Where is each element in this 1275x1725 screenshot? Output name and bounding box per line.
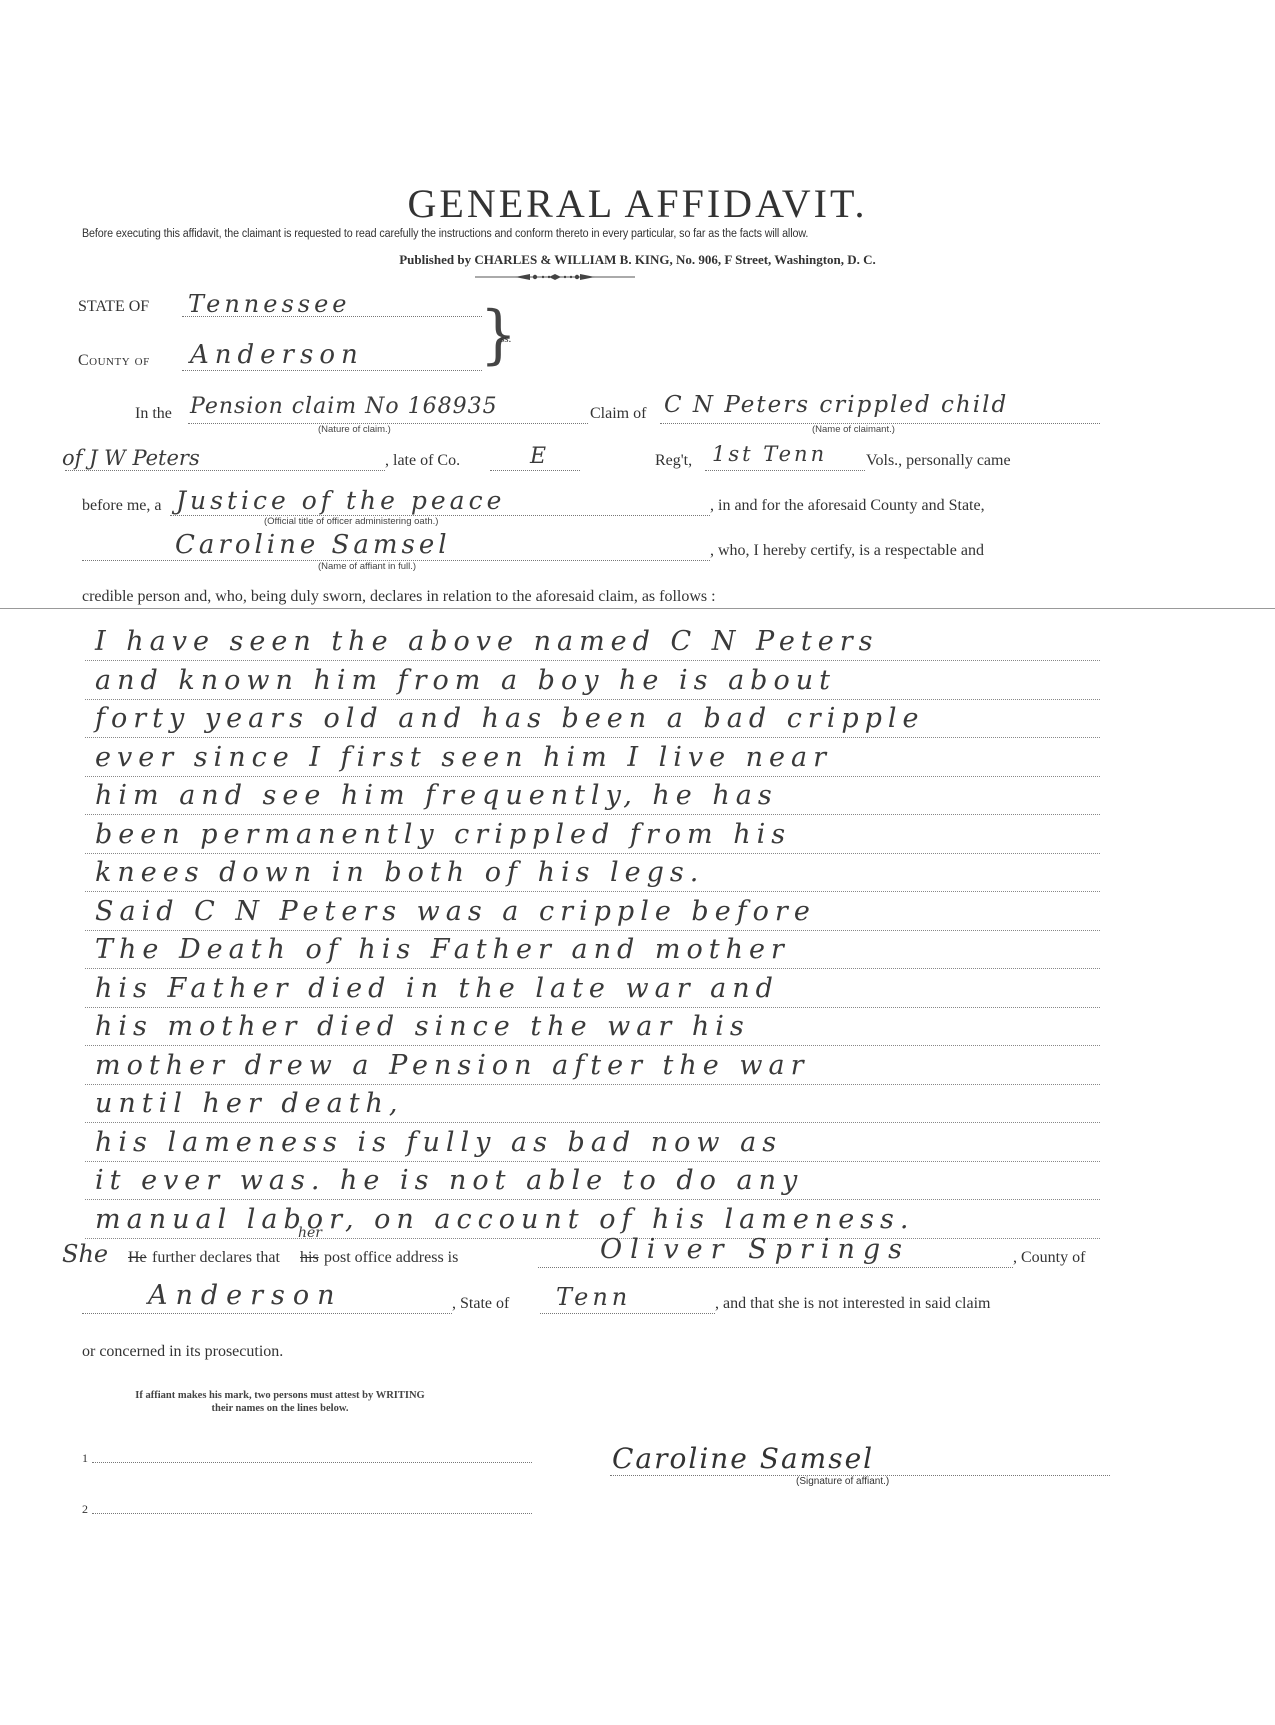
regt-label: Reg't,	[655, 452, 692, 470]
company-field-line	[490, 470, 580, 471]
certify-label: , who, I hereby certify, is a respectabl…	[710, 542, 984, 560]
county-field-line	[182, 370, 482, 371]
late-of-co-label: , late of Co.	[385, 452, 460, 470]
statement-ruled-line	[85, 814, 1100, 815]
further-declares-label: further declares that	[152, 1249, 280, 1267]
address-county-field: Anderson	[148, 1280, 343, 1311]
statement-line: him and see him frequently, he has	[95, 780, 778, 811]
statement-ruled-line	[85, 1084, 1100, 1085]
statement-line: been permanently crippled from his	[95, 819, 791, 850]
statement-line: manual labor, on account of his lameness…	[95, 1204, 914, 1235]
statement-ruled-line	[85, 1122, 1100, 1123]
publisher-line: Published by CHARLES & WILLIAM B. KING, …	[0, 252, 1275, 268]
instructions-text: Before executing this affidavit, the cla…	[82, 228, 808, 240]
statement-ruled-line	[85, 1161, 1100, 1162]
statement-ruled-line	[85, 891, 1100, 892]
aforesaid-label: , in and for the aforesaid County and St…	[710, 497, 985, 515]
statement-line: ever since I first seen him I live near	[95, 742, 832, 773]
her-insert: her	[298, 1225, 322, 1241]
he-struck: He	[128, 1249, 147, 1267]
post-office-line	[538, 1267, 1013, 1268]
ornament-divider-icon	[475, 273, 635, 281]
statement-ruled-line	[85, 968, 1100, 969]
statement-line: it ever was. he is not able to do any	[95, 1165, 803, 1196]
statement-line: knees down in both of his legs.	[95, 857, 704, 888]
address-state-line	[540, 1313, 715, 1314]
nature-caption: (Nature of claim.)	[318, 424, 391, 435]
his-struck: his	[300, 1249, 319, 1267]
witness-2-line[interactable]	[92, 1513, 532, 1514]
county-of-label: , County of	[1013, 1249, 1085, 1267]
post-office-field: Oliver Springs	[600, 1234, 910, 1265]
nature-of-claim-field: Pension claim No 168935	[190, 394, 498, 419]
claimant-continued-line	[65, 470, 385, 471]
statement-line: mother drew a Pension after the war	[95, 1050, 809, 1081]
address-county-line	[82, 1313, 452, 1314]
officer-title-caption: (Official title of officer administering…	[264, 516, 438, 527]
statement-line: his mother died since the war his	[95, 1011, 750, 1042]
statement-ruled-line	[85, 1238, 1100, 1239]
affiant-name-field: Caroline Samsel	[175, 530, 451, 560]
in-the-label: In the	[135, 405, 172, 423]
witness-1-label: 1	[82, 1451, 88, 1466]
regiment-field: 1st Tenn	[712, 442, 827, 466]
statement-ruled-line	[85, 660, 1100, 661]
address-state-field: Tenn	[556, 1283, 631, 1311]
before-me-label: before me, a	[82, 497, 162, 515]
not-interested-label: , and that she is not interested in said…	[715, 1295, 991, 1313]
regiment-field-line	[705, 470, 865, 471]
witness-1-line[interactable]	[92, 1462, 532, 1463]
statement-ruled-line	[85, 1199, 1100, 1200]
officer-title-field: Justice of the peace	[176, 486, 505, 515]
statement-line: until her death,	[95, 1088, 404, 1119]
claimant-caption: (Name of claimant.)	[812, 424, 895, 435]
witness-2-label: 2	[82, 1502, 88, 1517]
statement-ruled-line	[85, 737, 1100, 738]
statement-ruled-line	[85, 699, 1100, 700]
claim-of-label: Claim of	[590, 405, 646, 423]
divider-rule	[0, 608, 1275, 609]
claimant-continued-field: of J W Peters	[62, 446, 200, 470]
state-label: STATE OF	[78, 298, 149, 316]
statement-line: The Death of his Father and mother	[95, 934, 790, 965]
she-insert: She	[62, 1240, 108, 1268]
statement-line: his lameness is fully as bad now as	[95, 1127, 782, 1158]
vols-label: Vols., personally came	[866, 452, 1011, 470]
brace-icon: }	[480, 297, 517, 372]
sworn-label: credible person and, who, being duly swo…	[82, 588, 716, 606]
statement-line: his Father died in the late war and	[95, 973, 779, 1004]
ss-mark: ss.	[500, 333, 511, 345]
claimant-name-field: C N Peters crippled child	[664, 392, 1008, 418]
county-field: Anderson	[190, 340, 364, 370]
attest-note-line1: If affiant makes his mark, two persons m…	[0, 1390, 560, 1401]
officer-title-line	[170, 515, 710, 516]
statement-line: Said C N Peters was a cripple before	[95, 896, 816, 927]
document-title: GENERAL AFFIDAVIT.	[0, 180, 1275, 227]
statement-ruled-line	[85, 853, 1100, 854]
prosecution-label: or concerned in its prosecution.	[82, 1343, 283, 1361]
statement-line: forty years old and has been a bad cripp…	[95, 703, 925, 734]
attest-note-line2: their names on the lines below.	[0, 1403, 560, 1414]
county-label: County of	[78, 352, 150, 370]
statement-ruled-line	[85, 1045, 1100, 1046]
state-of-label: , State of	[452, 1295, 509, 1313]
company-field: E	[530, 444, 546, 469]
statement-ruled-line	[85, 776, 1100, 777]
signature-caption: (Signature of affiant.)	[796, 1476, 889, 1487]
affiant-signature: Caroline Samsel	[612, 1442, 874, 1475]
affiant-name-caption: (Name of affiant in full.)	[318, 561, 416, 572]
statement-ruled-line	[85, 1007, 1100, 1008]
statement-line: I have seen the above named C N Peters	[95, 626, 879, 657]
statement-line: and known him from a boy he is about	[95, 665, 836, 696]
statement-ruled-line	[85, 930, 1100, 931]
post-office-label: post office address is	[324, 1249, 458, 1267]
state-field: Tennessee	[188, 290, 351, 318]
